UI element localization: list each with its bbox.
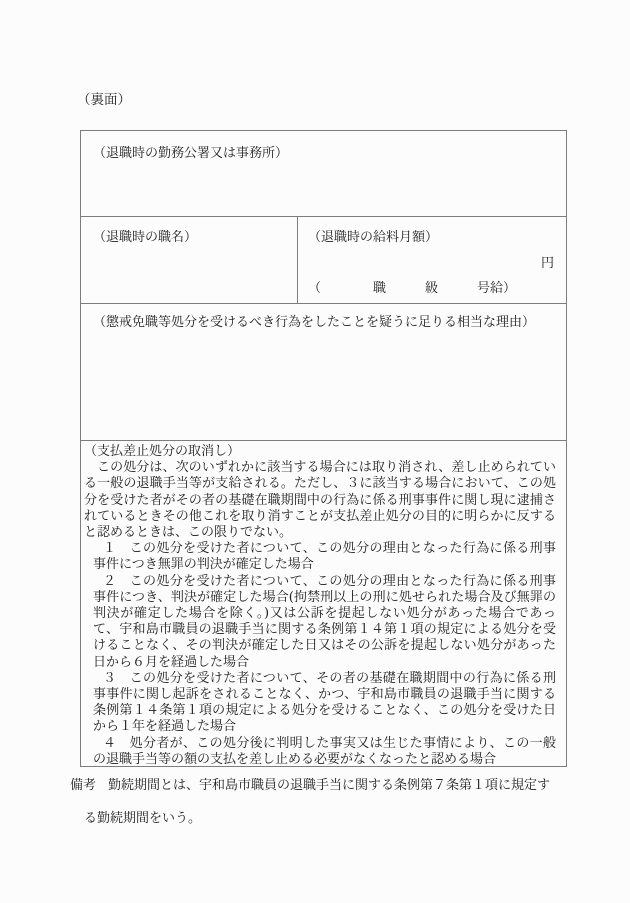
office-cell-label: （退職時の勤務公署又は事務所）: [93, 142, 556, 161]
office-cell: （退職時の勤務公署又は事務所）: [81, 131, 566, 217]
cancellation-item: ４処分者が、この処分後に判明した事実又は生じた事情により、この一般の退職手当等の…: [84, 736, 556, 766]
page-side-label: （裏面）: [77, 88, 131, 108]
cancellation-item-text: この処分を受けた者について、この処分の理由となった行為に係る刑事事件につき無罪の…: [93, 541, 556, 572]
cancellation-item-number: ２: [103, 574, 116, 589]
remarks-note: 備考勤続期間とは、宇和島市職員の退職手当に関する条例第７条第１項に規定する勤続期…: [70, 769, 560, 835]
cancellation-item-text: 処分者が、この処分後に判明した事実又は生じた事情により、この一般の退職手当等の額…: [93, 736, 556, 766]
remarks-label: 備考: [70, 778, 96, 793]
salary-unit-label: 円: [308, 252, 558, 271]
cancellation-intro: この処分は、次のいずれかに該当する場合には取り消され、差し止められている一般の退…: [84, 460, 556, 541]
cancellation-item-text: この処分を受けた者について、この処分の理由となった行為に係る刑事事件につき、判決…: [93, 574, 556, 670]
remarks-text: 勤続期間とは、宇和島市職員の退職手当に関する条例第７条第１項に規定する勤続期間を…: [84, 778, 550, 826]
job-title-cell: （退職時の職名）: [81, 217, 298, 303]
reason-cell-label: （懲戒免職等処分を受けるべき行為をしたことを疑うに足りる相当な理由）: [93, 311, 556, 330]
reason-cell: （懲戒免職等処分を受けるべき行為をしたことを疑うに足りる相当な理由）: [81, 304, 566, 441]
salary-grade-line: （ 職 級 号給）: [308, 277, 558, 296]
form-table: （退職時の勤務公署又は事務所） （退職時の職名） （退職時の給料月額） 円 （ …: [80, 130, 567, 767]
job-title-cell-label: （退職時の職名）: [93, 226, 289, 245]
cancellation-item-number: １: [103, 541, 116, 556]
cancellation-cell: （支払差止処分の取消し） この処分は、次のいずれかに該当する場合には取り消され、…: [81, 441, 566, 766]
cancellation-item: ２この処分を受けた者について、この処分の理由となった行為に係る刑事事件につき、判…: [84, 574, 556, 671]
document-page: （裏面） （退職時の勤務公署又は事務所） （退職時の職名） （退職時の給料月額）…: [0, 0, 630, 903]
cancellation-item-number: ３: [103, 671, 116, 686]
salary-cell-label: （退職時の給料月額）: [308, 226, 558, 245]
cancellation-heading: （支払差止処分の取消し）: [84, 444, 556, 460]
cancellation-item: １この処分を受けた者について、この処分の理由となった行為に係る刑事事件につき無罪…: [84, 541, 556, 573]
cancellation-item-list: １この処分を受けた者について、この処分の理由となった行為に係る刑事事件につき無罪…: [84, 541, 556, 766]
cancellation-item: ３この処分を受けた者について、その者の基礎在職期間中の行為に係る刑事事件に関し起…: [84, 671, 556, 736]
cancellation-item-number: ４: [103, 736, 116, 751]
cancellation-item-text: この処分を受けた者について、その者の基礎在職期間中の行為に係る刑事事件に関し起訴…: [93, 671, 556, 735]
salary-cell: （退職時の給料月額） 円 （ 職 級 号給）: [298, 217, 566, 303]
title-salary-row: （退職時の職名） （退職時の給料月額） 円 （ 職 級 号給）: [81, 217, 566, 304]
